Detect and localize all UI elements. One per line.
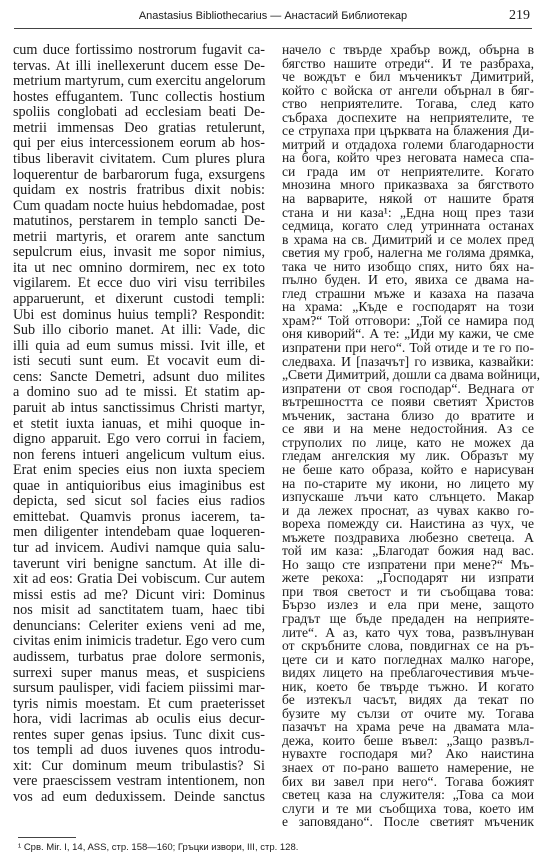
- text-line: spoliis conglobati ad ecclesiam beati De…: [13, 105, 265, 121]
- text-line: xit ad eos: Gratia Dei vobiscum. Cur aut…: [13, 572, 265, 588]
- text-line: оня киворий“. А те: „Иди му кажи, че сме: [282, 327, 534, 341]
- text-line: nos misit ad sanctitatem tuam, haec tibi: [13, 603, 265, 619]
- text-line: се струпаха при църквата на блажения Ди-: [282, 124, 534, 138]
- text-line: quidam ex nostris fratribus dixit nobis:: [13, 183, 265, 199]
- text-line: Ubi est dominus huius templi? Respondit:: [13, 308, 265, 324]
- text-line: Erat enim species eius non iuxta speciem: [13, 463, 265, 479]
- text-line: vere praescissem vestram intentionem, no…: [13, 774, 265, 790]
- text-line: светия му гроб, налегна ме голяма дрямка…: [282, 246, 534, 260]
- text-line: мъченик, застана близо до вратите и: [282, 409, 534, 423]
- text-line: храм?“ Той отговори: „Той се намира под: [282, 314, 534, 328]
- text-line: taverunt viri benigne sanctum. At ille d…: [13, 557, 265, 573]
- text-line: нувахте господаря ми? Ако наистина: [282, 747, 534, 761]
- text-line: седмица, когато след утринната останах: [282, 219, 534, 233]
- text-line: tibus liberavit civitatem. Cum plures pl…: [13, 152, 265, 168]
- text-line: той им каза: „Благодат божия над вас.: [282, 544, 534, 558]
- text-line: е заповядано“. После светият мъченик: [282, 815, 534, 829]
- text-line: civitas enim inimicis tradetur. Ego vero…: [13, 634, 265, 650]
- text-line: не беше като образа, който е нарисуван: [282, 463, 534, 477]
- page-number: 219: [509, 8, 530, 24]
- text-line: apparuerunt, et dixerunt custodi templi:: [13, 292, 265, 308]
- text-line: слуги и те ми съобщиха това, което им: [282, 802, 534, 816]
- text-line: на по-старите му икони, но лицето му: [282, 477, 534, 491]
- text-line: denuncians: Celeriter exiens veni ad me,: [13, 619, 265, 635]
- text-line: Sub illo ciborio manet. At illi: Vade, d…: [13, 323, 265, 339]
- text-line: tos templi ad duos iuvenes quos introdu-: [13, 743, 265, 759]
- latin-text-column: cum duce fortissimo nostrorum fugavit ca…: [13, 43, 265, 806]
- text-line: изпратени при него“. Той отиде и те го п…: [282, 341, 534, 355]
- text-line: лите“. А аз, като чух това, развълнуван: [282, 626, 534, 640]
- text-line: xit: Cur dominum meum tribulastis? Si: [13, 759, 265, 775]
- text-line: гледам ангелския му лик. Образът му: [282, 449, 534, 463]
- text-line: isti secuti sunt eum. Et vocavit eum di-: [13, 354, 265, 370]
- text-line: tervas. At illi inellexerunt ducem esse …: [13, 59, 265, 75]
- text-line: си града им от неприятелите. Когато: [282, 165, 534, 179]
- text-line: бе изтекъл часът, видях да текат по: [282, 693, 534, 707]
- text-line: rentes super genas ipsius. Tunc dixit cu…: [13, 728, 265, 744]
- bulgarian-text-column: начело с твърде храбър вожд, обърна вбяг…: [282, 43, 534, 829]
- text-line: sursum paulisper, vidi faciem piissimi m…: [13, 681, 265, 697]
- footnote-text: Срв. Mir. I, 14, ASS, стр. 158—160; Гръц…: [24, 842, 299, 853]
- text-line: emittebat. Quamvis pronus iacerem, ta-: [13, 510, 265, 526]
- text-line: на храма: „Къде е господарят на този: [282, 300, 534, 314]
- text-line: и да лежех проснат, аз чувах какво го-: [282, 504, 534, 518]
- text-line: че вождът е бил мъченикът Димитрий,: [282, 70, 534, 84]
- text-line: на варварите, някой от нашите братя: [282, 192, 534, 206]
- text-line: мъжете поздравиха любезно светеца. А: [282, 531, 534, 545]
- footnote-marker: ¹: [18, 842, 21, 853]
- text-line: пазачът на храма рече на двамата мла-: [282, 720, 534, 734]
- text-line: изпускаше лъчи като слънцето. Макар: [282, 490, 534, 504]
- text-line: при твоя светост и ти съобщава това:: [282, 585, 534, 599]
- text-line: vigilarem. Et ecce duo viri visu terribi…: [13, 276, 265, 292]
- text-line: digno apparuit. Ego vero corrui in facie…: [13, 432, 265, 448]
- text-line: tyris nimis moestam. Et cum praeterisset: [13, 697, 265, 713]
- text-line: светец каза на служителя: „Това са мои: [282, 788, 534, 802]
- footnote-divider: [18, 837, 76, 838]
- text-line: surrexi super manus meas, et suspiciens: [13, 666, 265, 682]
- text-line: жете рекоха: „Господарят ни изпрати: [282, 571, 534, 585]
- text-line: cens: Sancte Demetri, adsunt duo milites: [13, 370, 265, 386]
- text-line: мнозина много приказваха за бягството: [282, 178, 534, 192]
- text-line: non ferens intueri angelicum vultum eius…: [13, 448, 265, 464]
- text-line: струполих по лице, като не можех да: [282, 436, 534, 450]
- text-line: ство неприятелите. Тогава, след като: [282, 97, 534, 111]
- text-line: hora, vidi lacrimas ab oculis eius decur…: [13, 712, 265, 728]
- text-line: вътрешността се появи светият Христов: [282, 395, 534, 409]
- text-line: quae in antiquioribus eius imaginibus es…: [13, 479, 265, 495]
- page-header: Anastasius Bibliothecarius — Анастасий Б…: [14, 6, 532, 29]
- text-line: знаех от по-рано вашето намерение, не: [282, 761, 534, 775]
- running-title: Anastasius Bibliothecarius — Анастасий Б…: [14, 10, 532, 22]
- text-line: събраха доспехите на неприятелите, те: [282, 111, 534, 125]
- text-line: дежа, които беше въвел: „Защо развъл-: [282, 734, 534, 748]
- text-line: цете си и като погледнах малко нагоре,: [282, 653, 534, 667]
- text-line: metrium martyrum, cum exercitu angelorum: [13, 74, 265, 90]
- text-line: a domino suo ad te missi. Et statim ap-: [13, 385, 265, 401]
- text-line: стана и ни каза¹: „Една нощ през тази: [282, 206, 534, 220]
- text-line: metrii immensas Deo gratias retulerunt,: [13, 121, 265, 137]
- text-line: illi quia ad eum sumus missi. Ivit ille,…: [13, 339, 265, 355]
- text-line: ita ut nec omnino dormirem, nec ex toto: [13, 261, 265, 277]
- text-line: се яви и на мене недостойния. Аз се: [282, 422, 534, 436]
- text-line: начело с твърде храбър вожд, обърна в: [282, 43, 534, 57]
- text-line: така че нито изобщо спях, нито бях на-: [282, 260, 534, 274]
- text-line: глед страшни мъже и казаха на пазача: [282, 287, 534, 301]
- text-line: ник, което бе твърде тъжно. И когато: [282, 680, 534, 694]
- text-line: бих ви завел при него“. Тогава божият: [282, 775, 534, 789]
- text-line: hostes effugantem. Tunc collectis hostiu…: [13, 90, 265, 106]
- text-line: бузите му сълзи от очите му. Тогава: [282, 707, 534, 721]
- text-line: Cum quadam nocte huius hebdomadae, post: [13, 199, 265, 215]
- text-line: missi estis ad me? Dicunt viri: Dominus: [13, 588, 265, 604]
- text-line: tur ad invicem. Audivi namque quia salu-: [13, 541, 265, 557]
- text-line: пълно буден. И ето, явиха се двама на-: [282, 273, 534, 287]
- text-line: qui per eius intercessionem eorum ab hos…: [13, 136, 265, 152]
- text-line: бягство нашите отреди“. И те разбраха,: [282, 57, 534, 71]
- text-line: който с войска от ангели обърнал в бяг-: [282, 84, 534, 98]
- text-line: loquerentur de barbarorum fuga, exsurgen…: [13, 168, 265, 184]
- text-line: градът ще бъде предаден на неприяте-: [282, 612, 534, 626]
- text-line: depicta, sed sicut sol facies eius radio…: [13, 494, 265, 510]
- text-line: matutinos, perstarem in templo sancti De…: [13, 214, 265, 230]
- text-line: от скръбните слова, повдигнах се на ръ-: [282, 639, 534, 653]
- text-line: men diligenter intendebam quae loqueren-: [13, 525, 265, 541]
- text-line: на бога, който чрез неговата намеса спа-: [282, 151, 534, 165]
- text-line: cum duce fortissimo nostrorum fugavit ca…: [13, 43, 265, 59]
- text-line: metrii martyris, et orarem ante sanctum: [13, 230, 265, 246]
- text-line: sepulcrum eius, invasit me sopor nimius,: [13, 245, 265, 261]
- text-line: следваха. И [пазачът] го извика, казвайк…: [282, 355, 534, 369]
- text-line: audissem, turbatus prae dolore sermonis,: [13, 650, 265, 666]
- text-line: вореха помежду си. Наистина аз чух, че: [282, 517, 534, 531]
- text-line: Бързо излез и ела при мене, защото: [282, 598, 534, 612]
- text-line: видях лицето на преблагочестивия мъче-: [282, 666, 534, 680]
- text-line: et stetit iuxta ianuas, et mihi quoque i…: [13, 417, 265, 433]
- text-line: Но защо сте изпратени при мене?“ Мъ-: [282, 558, 534, 572]
- footnote: ¹ Срв. Mir. I, 14, ASS, стр. 158—160; Гр…: [18, 842, 298, 853]
- text-line: paruit ab intus sanctissimus Christi mar…: [13, 401, 265, 417]
- text-line: митрий и отдадоха големи благодарности: [282, 138, 534, 152]
- text-line: vos ad eum deduxissem. Deinde sanctus: [13, 790, 265, 806]
- text-line: в храма на св. Димитрий и се молех пред: [282, 233, 534, 247]
- text-line: изпратени от своя господар“. Веднага от: [282, 382, 534, 396]
- text-line: „Свети Димитрий, дошли са двама войници,: [282, 368, 534, 382]
